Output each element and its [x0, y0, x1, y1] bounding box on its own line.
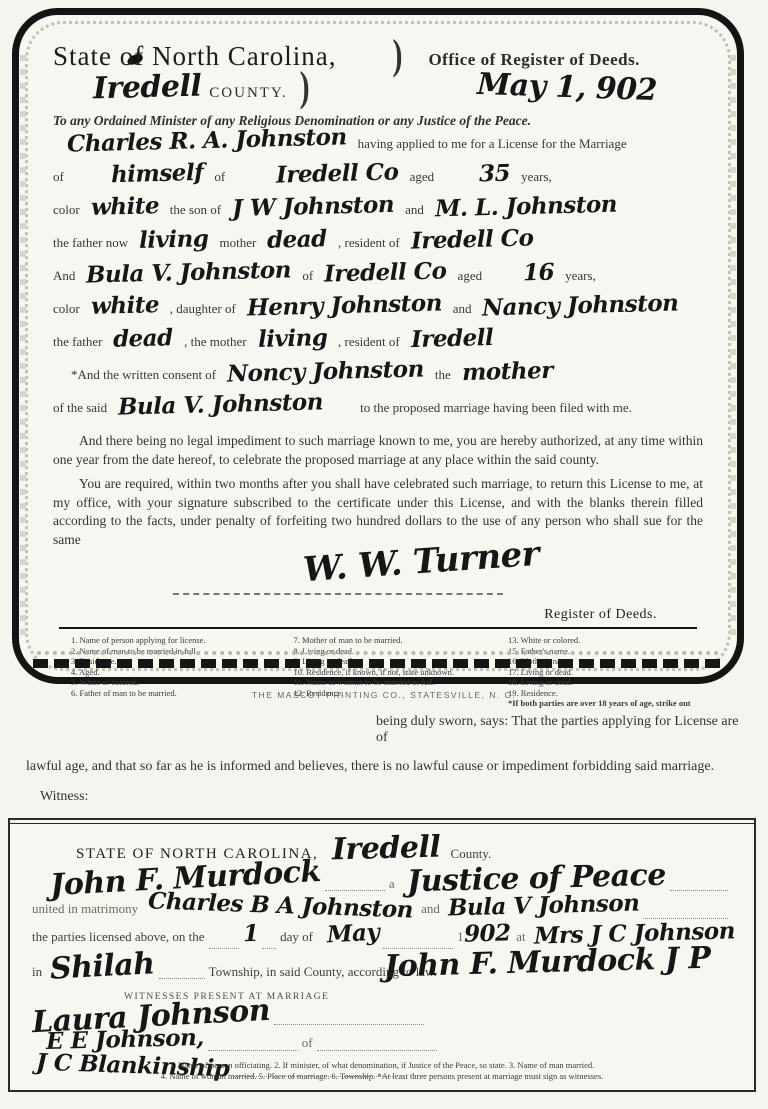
county-label: COUNTY. — [209, 85, 287, 102]
affidavit-line-1: being duly sworn, says: That the parties… — [376, 714, 742, 746]
handwritten-text: Iredell Co — [324, 259, 447, 285]
footnote-item: 5. White or colored. — [71, 677, 294, 688]
handwritten-text: Iredell Co — [410, 226, 533, 252]
printed-text: of the said — [53, 400, 107, 416]
handwritten-text: Iredell — [410, 326, 493, 351]
of-label: of — [302, 1035, 313, 1051]
footnote-item: 11. Name of woman to be married in full. — [294, 677, 509, 688]
bride-name-handwritten: Bula V Johnson — [448, 891, 640, 919]
scroll-ornament-row — [37, 651, 719, 655]
dotted-blank — [159, 978, 205, 979]
footnote-item: 7. Mother of man to be married. — [294, 635, 509, 646]
and-label: and — [421, 901, 440, 917]
printed-text: color — [53, 202, 80, 218]
scanned-marriage-license-page: { "license": { "state_title": "State of … — [0, 0, 768, 1109]
handwritten-text: himself — [111, 161, 204, 186]
license-header-row-2: Iredell COUNTY. ) May 1, 902 — [53, 71, 703, 105]
handwritten-text: Henry Johnston — [247, 291, 442, 319]
month-handwritten: May — [326, 921, 379, 947]
printed-text: the father — [53, 334, 102, 350]
handwritten-text: Bula V. Johnston — [118, 390, 323, 418]
printed-text: , resident of — [338, 235, 400, 251]
day-handwritten: 1 — [242, 922, 258, 945]
printed-text: and — [453, 301, 472, 317]
handwritten-text: living — [257, 326, 327, 351]
signature-line — [173, 593, 503, 595]
printed-text: And — [53, 268, 75, 284]
handwritten-text: white — [90, 293, 159, 318]
year-prefix-printed: 1 — [457, 929, 464, 945]
printed-text: to the proposed marriage having been fil… — [360, 400, 632, 416]
license-line-bride-residence-age: AndBula V. JohnstonofIredell Coaged16yea… — [53, 261, 703, 294]
handwritten-text: Nancy Johnston — [482, 291, 679, 319]
legal-paragraph-authorization: And there being no legal impediment to s… — [53, 432, 703, 469]
license-line-written-consent: *And the written consent ofNoncy Johnsto… — [71, 360, 703, 393]
register-of-deeds-caption: Register of Deeds. — [53, 607, 703, 623]
footnote-item: 10. Residence, if known, if not, state u… — [294, 667, 509, 678]
cert-county-handwritten: Iredell — [332, 833, 441, 866]
dotted-blank — [208, 1050, 298, 1051]
witness-label: Witness: — [40, 789, 742, 805]
township-handwritten: Shilah — [49, 949, 155, 984]
certificate-footnote-line-2: 4. Name of woman married. 5. Place of ma… — [10, 1071, 754, 1082]
brace-glyph: ) — [392, 32, 402, 80]
certificate-footnotes: 1. Name of person officiating. 2. If min… — [10, 1060, 754, 1082]
printed-text: the son of — [170, 202, 221, 218]
footnote-item: 18. Living or dead. — [508, 677, 703, 688]
printed-text: and — [405, 202, 424, 218]
county-handwritten: Iredell — [93, 72, 202, 105]
handwritten-text: J W Johnston — [232, 193, 395, 220]
license-line-consent-filed: of the saidBula V. Johnstonto the propos… — [53, 393, 703, 426]
salutation-line: To any Ordained Minister of any Religiou… — [53, 113, 703, 129]
license-line-applicant: Charles R. A. Johnstonhaving applied to … — [53, 129, 703, 162]
footnote-item: 4. Aged. — [71, 667, 294, 678]
handwritten-text: Iredell Co — [276, 160, 399, 186]
license-line-groom-parents: colorwhitethe son ofJ W JohnstonandM. L.… — [53, 195, 703, 228]
dotted-blank — [670, 890, 728, 891]
united-in-matrimony-label: united in matrimony — [32, 901, 138, 917]
brace-glyph: ) — [300, 64, 310, 112]
printed-text: mother — [219, 235, 256, 251]
handwritten-text: dead — [113, 326, 173, 351]
dotted-blank — [325, 890, 385, 891]
footnote-item: 17. Living or dead. — [508, 667, 703, 678]
at-label: at — [516, 929, 525, 945]
printed-text: *And the written consent of — [71, 367, 216, 383]
date-handwritten: May 1, 902 — [477, 70, 658, 106]
handwritten-text: dead — [267, 227, 327, 252]
handwritten-text: Noncy Johnston — [227, 357, 424, 385]
license-certificate-frame: State of North Carolina, ) Office of Reg… — [12, 8, 744, 684]
dotted-blank — [262, 948, 276, 949]
handwritten-text: living — [139, 227, 209, 252]
printed-text: years, — [521, 169, 552, 185]
bottom-ornament-band — [33, 659, 723, 668]
printed-text: aged — [410, 169, 435, 185]
dotted-blank — [317, 1050, 437, 1051]
license-line-bride-parents-status: the fatherdead, the motherliving, reside… — [53, 327, 703, 360]
footnote-item: 13. White or colored. — [508, 635, 703, 646]
witness-row-2: E E Johnson, of — [32, 1028, 732, 1054]
printed-text: of — [214, 169, 225, 185]
day-of-label: day of — [280, 929, 313, 945]
handwritten-text: M. L. Johnston — [435, 193, 618, 221]
marriage-certificate-box: STATE OF NORTH CAROLINA, Iredell County.… — [8, 818, 756, 1092]
affidavit-line-2: lawful age, and that so far as he is inf… — [26, 759, 742, 775]
office-title: Office of Register of Deeds. — [428, 50, 639, 70]
printed-text: years, — [565, 268, 596, 284]
state-title: State of North Carolina, — [53, 41, 336, 72]
in-label: in — [32, 964, 42, 980]
printed-text: , resident of — [338, 334, 400, 350]
officiant-signature-handwritten: John F. Murdock J P — [383, 944, 710, 983]
license-header-row-1: State of North Carolina, ) Office of Reg… — [53, 39, 703, 73]
printed-text: the — [435, 367, 451, 383]
handwritten-text: mother — [462, 359, 553, 384]
printed-text: of — [53, 169, 64, 185]
year-handwritten: 902 — [463, 921, 510, 945]
cert-county-label: County. — [451, 846, 492, 862]
license-line-groom-parents-status: the father nowlivingmotherdead, resident… — [53, 228, 703, 261]
horizontal-rule — [59, 627, 697, 629]
witness-row-1: Laura Johnson — [32, 1002, 732, 1028]
parties-licensed-label: the parties licensed above, on the — [32, 929, 205, 945]
dotted-blank — [274, 1024, 424, 1025]
certificate-footnote-line-1: 1. Name of person officiating. 2. If min… — [10, 1060, 754, 1071]
dotted-blank — [209, 948, 239, 949]
printed-text: having applied to me for a License for t… — [358, 136, 627, 152]
a-label: a — [389, 876, 395, 892]
printer-credit: THE MASCOT PRINTING CO., STATESVILLE, N.… — [0, 690, 768, 700]
printed-text: , daughter of — [170, 301, 236, 317]
printed-text: , the mother — [184, 334, 246, 350]
printed-text: color — [53, 301, 80, 317]
register-signature-area: W. W. Turner — [53, 549, 703, 607]
printed-text: the father now — [53, 235, 128, 251]
legal-paragraph-return-requirement: You are required, within two months afte… — [53, 475, 703, 549]
handwritten-text: Bula V. Johnston — [86, 258, 291, 286]
footnote-item: 1. Name of person applying for license. — [71, 635, 294, 646]
handwritten-text: white — [90, 194, 159, 219]
handwritten-text: Charles R. A. Johnston — [67, 125, 347, 155]
license-line-bride-parents: colorwhite, daughter ofHenry Johnstonand… — [53, 294, 703, 327]
printed-text: aged — [458, 268, 483, 284]
handwritten-text: 16 — [523, 261, 555, 285]
handwritten-text: 35 — [479, 162, 511, 186]
groom-name-handwritten: Charles B A Johnston — [148, 889, 414, 921]
affidavit-fragment: being duly sworn, says: That the parties… — [26, 714, 742, 805]
printed-text: of — [302, 268, 313, 284]
